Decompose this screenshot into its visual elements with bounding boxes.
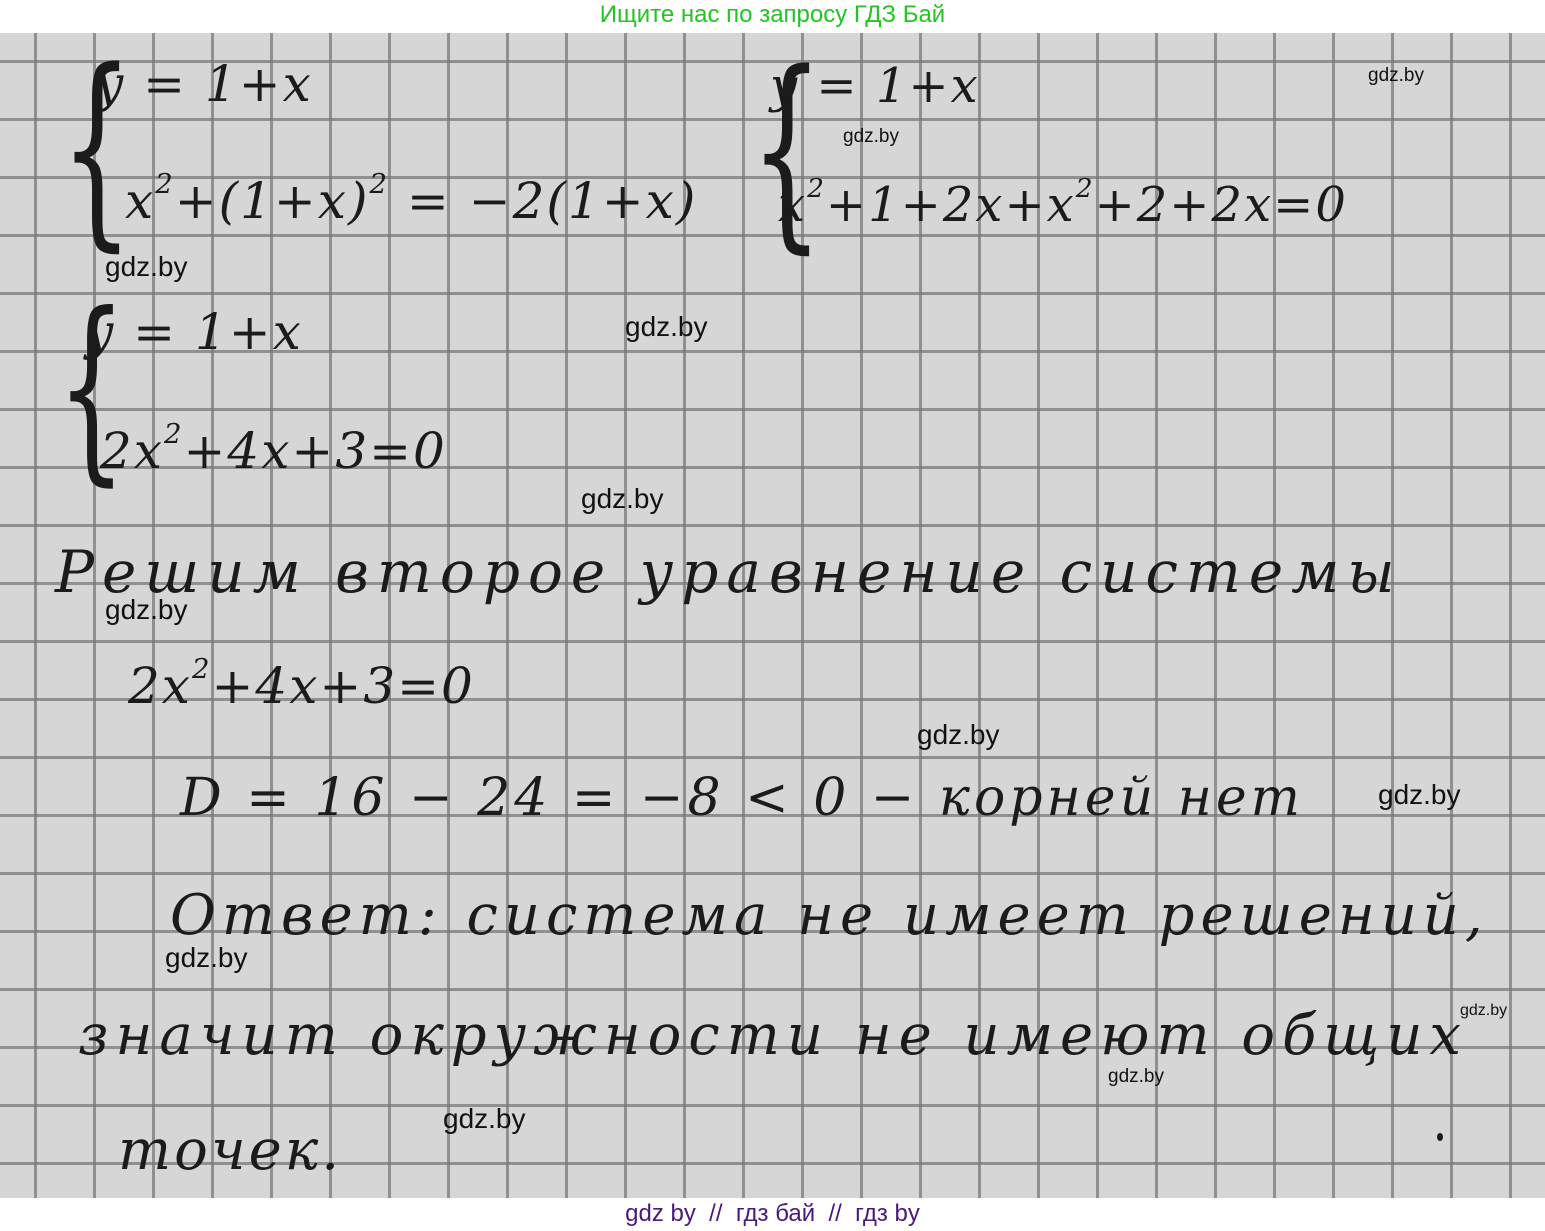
watermark: gdz.by [1108, 1067, 1164, 1086]
watermark: gdz.by [105, 253, 188, 281]
system-3-eq2: 2x2+4x+3=0 [100, 418, 447, 480]
term: +1+2x+x [826, 177, 1076, 233]
system-3-eq1: y = 1+x [85, 303, 303, 361]
term: = −2(1+x) [389, 172, 697, 230]
exponent: 2 [1076, 173, 1095, 204]
term: 2x [100, 422, 164, 480]
term: +4x+3=0 [184, 422, 447, 480]
watermark: gdz.by [843, 127, 899, 146]
term: +2+2x=0 [1095, 177, 1348, 233]
answer-line-2: значит окружности не имеют общих [78, 1003, 1468, 1068]
system-2-eq2: x2+1+2x+x2+2+2x=0 [778, 173, 1348, 233]
watermark: gdz.by [917, 721, 1000, 749]
system-2-eq1: y = 1+x [770, 58, 980, 114]
grid-paper: { y = 1+x x2+(1+x)2 = −2(1+x) { y = 1+x … [0, 33, 1545, 1198]
answer-line-3: точек. [118, 1118, 342, 1183]
term: x [778, 177, 807, 233]
discriminant-line: D = 16 − 24 = −8 < 0 − корней нет [180, 768, 1304, 828]
exponent: 2 [192, 653, 212, 685]
watermark: gdz.by [1368, 66, 1424, 85]
watermark: gdz.by [165, 944, 248, 972]
watermark: gdz.by [105, 596, 188, 624]
ink-dot [1437, 1133, 1443, 1141]
watermark: gdz.by [625, 313, 708, 341]
term: +4x+3=0 [212, 657, 475, 715]
term: 2x [128, 657, 192, 715]
watermark: gdz.by [1460, 1003, 1507, 1019]
watermark: gdz.by [1378, 781, 1461, 809]
solve-heading: Решим второе уравнение системы [55, 538, 1403, 606]
watermark: gdz.by [443, 1105, 526, 1133]
system-1-eq1: y = 1+x [95, 55, 313, 113]
exponent: 2 [370, 168, 390, 200]
watermark: gdz.by [581, 485, 664, 513]
term: x [125, 172, 155, 230]
bottom-banner: gdz by // гдз бай // гдз by [0, 1198, 1545, 1231]
exponent: 2 [164, 418, 184, 450]
exponent: 2 [807, 173, 826, 204]
exponent: 2 [155, 168, 175, 200]
term: +(1+x) [175, 172, 370, 230]
system-1-eq2: x2+(1+x)2 = −2(1+x) [125, 168, 697, 230]
quadratic-equation: 2x2+4x+3=0 [128, 653, 475, 715]
answer-line-1: Ответ: система не имеет решений, [170, 883, 1489, 948]
top-banner: Ищите нас по запросу ГДЗ Бай [0, 0, 1545, 33]
